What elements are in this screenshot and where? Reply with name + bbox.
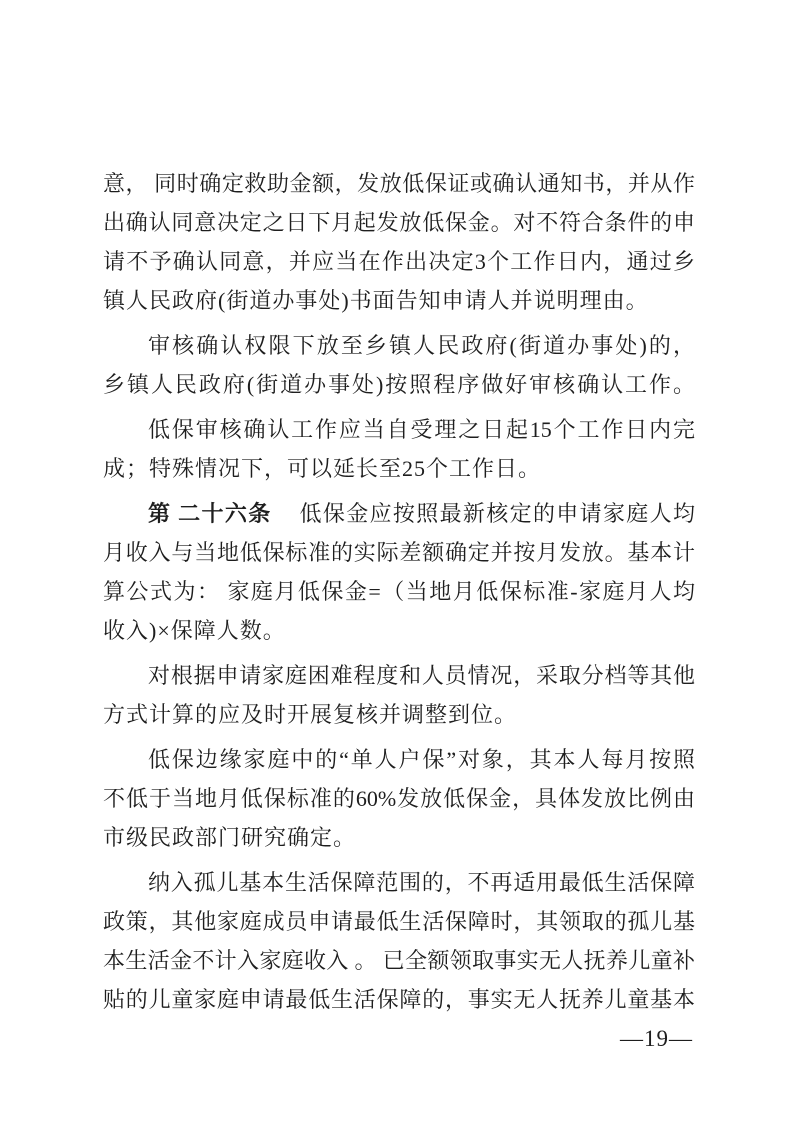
text-line: 本生活金不计入家庭收入 。 已全额领取事实无人抚养儿童补 [103,941,695,980]
text-line: 对根据申请家庭困难程度和人员情况，采取分档等其他 [103,656,695,695]
text-line: 纳入孤儿基本生活保障范围的，不再适用最低生活保障 [103,863,695,902]
paragraph: 纳入孤儿基本生活保障范围的，不再适用最低生活保障 政策，其他家庭成员申请最低生活… [103,863,695,1019]
text-line: 第 二十六条低保金应按照最新核定的申请家庭人均 [103,494,695,533]
article-number: 第 二十六条 [148,501,272,526]
text-line: 审核确认权限下放至乡镇人民政府(街道办事处)的， [103,326,695,365]
text-line: 贴的儿童家庭申请最低生活保障的，事实无人抚养儿童基本 [103,980,695,1019]
text-line: 低保边缘家庭中的“单人户保”对象，其本人每月按照 [103,740,695,779]
paragraph: 审核确认权限下放至乡镇人民政府(街道办事处)的， 乡镇人民政府(街道办事处)按照… [103,326,695,404]
text-line: 意， 同时确定救助金额，发放低保证或确认通知书，并从作 [103,164,695,203]
article-heading-text: 低保金应按照最新核定的申请家庭人均 [272,501,695,526]
text-line: 收入)×保障人数。 [103,611,695,650]
paragraph: 第 二十六条低保金应按照最新核定的申请家庭人均 月收入与当地低保标准的实际差额确… [103,494,695,650]
text-line: 乡镇人民政府(街道办事处)按照程序做好审核确认工作。 [103,365,695,404]
text-body: 意， 同时确定救助金额，发放低保证或确认通知书，并从作 出确认同意决定之日下月起… [103,164,695,1019]
text-line: 市级民政部门研究确定。 [103,818,695,857]
paragraph: 对根据申请家庭困难程度和人员情况，采取分档等其他 方式计算的应及时开展复核并调整… [103,656,695,734]
paragraph: 意， 同时确定救助金额，发放低保证或确认通知书，并从作 出确认同意决定之日下月起… [103,164,695,320]
text-line: 请不予确认同意，并应当在作出决定3个工作日内，通过乡 [103,242,695,281]
text-line: 算公式为： 家庭月低保金=（当地月低保标准-家庭月人均 [103,572,695,611]
page-footer: —19— [620,1024,693,1054]
text-line: 政策，其他家庭成员申请最低生活保障时，其领取的孤儿基 [103,902,695,941]
paragraph: 低保边缘家庭中的“单人户保”对象，其本人每月按照 不低于当地月低保标准的60%发… [103,740,695,857]
text-line: 不低于当地月低保标准的60%发放低保金，具体发放比例由 [103,779,695,818]
document-page: 意， 同时确定救助金额，发放低保证或确认通知书，并从作 出确认同意决定之日下月起… [0,0,803,1128]
text-line: 方式计算的应及时开展复核并调整到位。 [103,695,695,734]
paragraph: 低保审核确认工作应当自受理之日起15个工作日内完 成；特殊情况下，可以延长至25… [103,410,695,488]
text-line: 出确认同意决定之日下月起发放低保金。对不符合条件的申 [103,203,695,242]
text-line: 镇人民政府(街道办事处)书面告知申请人并说明理由。 [103,281,695,320]
text-line: 成；特殊情况下，可以延长至25个工作日。 [103,449,695,488]
page-number: —19— [620,1026,693,1051]
text-line: 月收入与当地低保标准的实际差额确定并按月发放。基本计 [103,533,695,572]
text-line: 低保审核确认工作应当自受理之日起15个工作日内完 [103,410,695,449]
